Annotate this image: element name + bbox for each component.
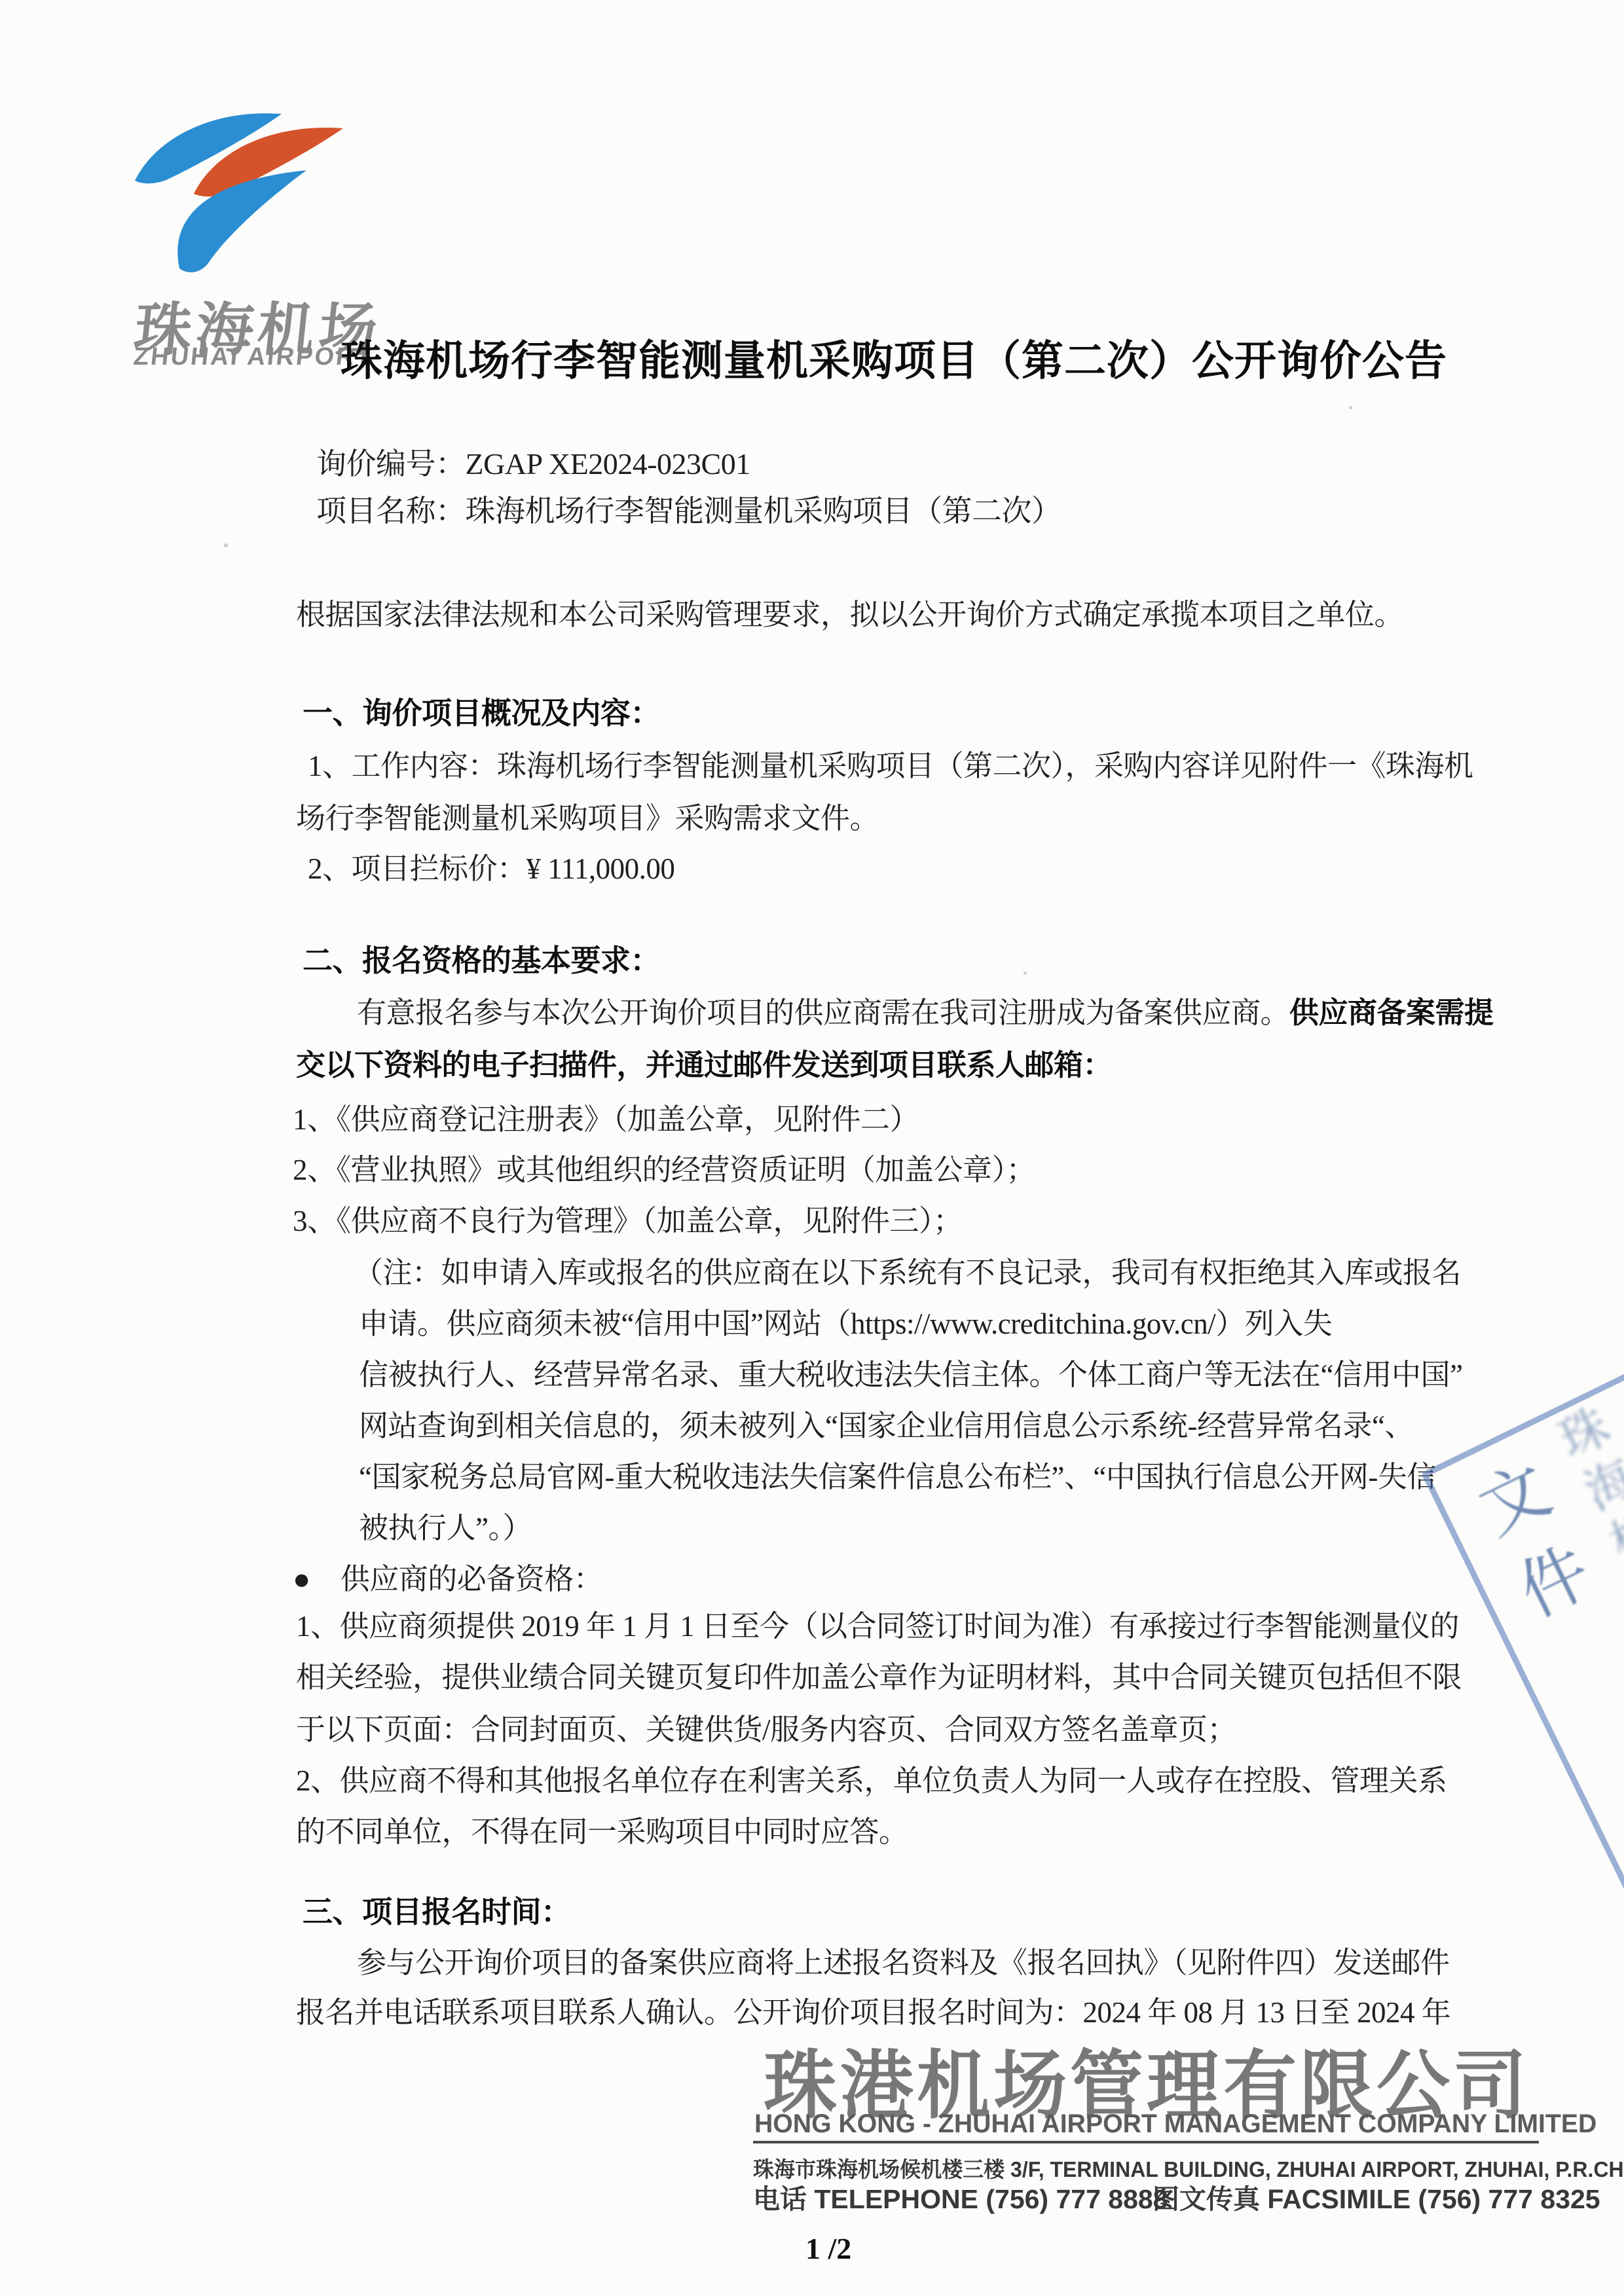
project-name-line: 项目名称：珠海机场行李智能测量机采购项目（第二次）: [316, 496, 1061, 526]
section2-qual1-line1: 1、供应商须提供 2019 年 1 月 1 日至今（以合同签订时间为准）有承接过…: [296, 1612, 1459, 1641]
section3-para-line1: 参与公开询价项目的备案供应商将上述报名资料及《报名回执》（见附件四）发送邮件: [357, 1948, 1450, 1978]
section2-qual1-line2: 相关经验，提供业绩合同关键页复印件加盖公章作为证明材料，其中合同关键页包括但不限: [296, 1663, 1462, 1692]
bullet-icon: ●: [293, 1565, 310, 1594]
section1-heading: 一、询价项目概况及内容：: [303, 699, 660, 729]
section2-item2: 2、《营业执照》或其他组织的经营资质证明（加盖公章）；: [293, 1156, 1035, 1185]
section2-para1-normal: 有意报名参与本次公开询价项目的供应商需在我司注册成为备案供应商。: [357, 996, 1289, 1029]
section2-note-line4: 网站查询到相关信息的，须未被列入“国家企业信用信息公示系统-经营异常名录“、: [359, 1412, 1414, 1441]
footer-divider: [753, 2141, 1539, 2143]
zhuhai-airport-logo-swooshes-icon: [58, 97, 352, 280]
section3-heading: 三、项目报名时间：: [303, 1897, 571, 1927]
section2-qual2-line1: 2、供应商不得和其他报名单位存在利害关系，单位负责人为同一人或存在控股、管理关系: [296, 1766, 1447, 1796]
footer-facsimile: 图文传真 FACSIMILE (756) 777 8325: [1153, 2178, 1600, 2216]
section2-note-line6: 被执行人”。）: [359, 1514, 532, 1543]
section2-para1-line1: 有意报名参与本次公开询价项目的供应商需在我司注册成为备案供应商。供应商备案需提: [357, 998, 1494, 1028]
section2-para1-line2: 交以下资料的电子扫描件，并通过邮件发送到项目联系人邮箱：: [296, 1051, 1112, 1080]
section2-heading: 二、报名资格的基本要求：: [303, 946, 660, 976]
bullet-text: 供应商的必备资格：: [341, 1563, 603, 1595]
paging-seal-stamp: 文件 珠海机场 骑缝章: [1421, 1359, 1624, 1931]
section2-item3: 3、《供应商不良行为管理》（加盖公章，见附件三）；: [293, 1207, 963, 1236]
section1-work-line1: 1、工作内容：珠海机场行李智能测量机采购项目（第二次），采购内容详见附件一《珠海…: [308, 752, 1473, 781]
section2-note-line2: 申请。供应商须未被“信用中国”网站（https://www.creditchin…: [359, 1309, 1332, 1339]
intro-paragraph: 根据国家法律法规和本公司采购管理要求，拟以公开询价方式确定承揽本项目之单位。: [296, 600, 1403, 630]
section2-item1: 1、《供应商登记注册表》（加盖公章，见附件二）: [293, 1105, 919, 1135]
footer-company-name-en: HONG KONG - ZHUHAI AIRPORT MANAGEMENT CO…: [754, 2109, 1596, 2139]
section2-para1-bold: 供应商备案需提: [1289, 996, 1494, 1029]
scan-speck: [1349, 406, 1352, 409]
page-title: 珠海机场行李智能测量机采购项目（第二次）公开询价公告: [341, 327, 1447, 388]
section2-note-line3: 信被执行人、经营异常名录、重大税收违法失信主体。个体工商户等无法在“信用中国”: [359, 1360, 1462, 1390]
scan-speck: [1024, 972, 1027, 975]
section2-qual1-line3: 于以下页面：合同封面页、关键供货/服务内容页、合同双方签名盖章页；: [296, 1715, 1236, 1745]
footer-telephone: 电话 TELEPHONE (756) 777 8888: [753, 2178, 1168, 2216]
inquiry-number-line: 询价编号：ZGAP XE2024-023C01: [316, 449, 750, 479]
section2-bullet-line: ●供应商的必备资格：: [293, 1565, 602, 1594]
scan-speck: [224, 543, 228, 547]
logo-english-wordmark: ZHUHAI AIRPORT: [132, 343, 375, 371]
section1-price-line: 2、项目拦标价：¥ 111,000.00: [308, 854, 674, 884]
page-number: 1 /2: [805, 2231, 851, 2266]
section2-note-line1: （注：如申请入库或报名的供应商在以下系统有不良记录，我司有权拒绝其入库或报名: [354, 1258, 1461, 1288]
section2-qual2-line2: 的不同单位，不得在同一采购项目中同时应答。: [296, 1817, 908, 1847]
section1-work-line2: 场行李智能测量机采购项目》采购需求文件。: [296, 804, 879, 833]
section2-note-line5: “国家税务总局官网-重大税收违法失信案件信息公布栏”、“中国执行信息公开网-失信: [359, 1463, 1436, 1492]
section3-para-line2: 报名并电话联系项目联系人确认。公开询价项目报名时间为：2024 年 08 月 1…: [296, 1998, 1450, 2028]
document-page: 珠海机场 ZHUHAI AIRPORT 珠海机场行李智能测量机采购项目（第二次）…: [0, 0, 1624, 2296]
